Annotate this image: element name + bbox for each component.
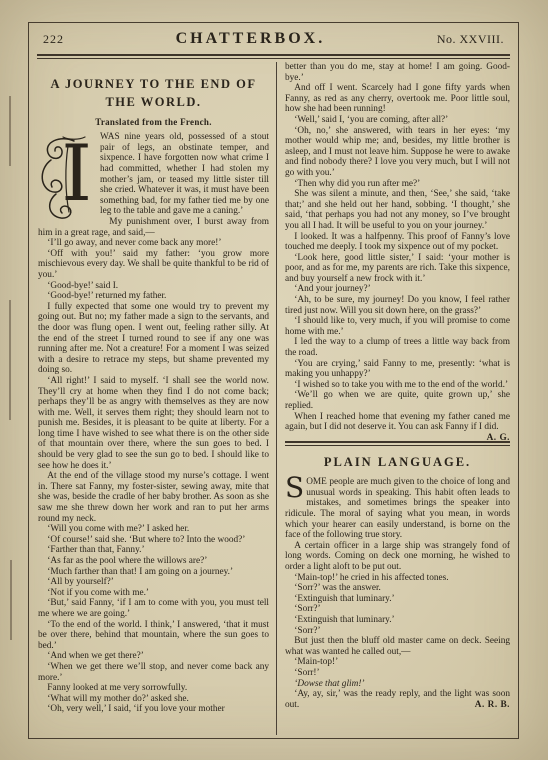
paragraph: ‘I should like to, very much, if you wil… — [285, 316, 510, 337]
paragraph: At the end of the village stood my nurse… — [38, 471, 269, 524]
paragraph: ‘To the end of the world. I think,’ I an… — [38, 620, 269, 652]
article1-text-left: IWAS nine years old, possessed of a stou… — [38, 132, 269, 715]
page-number: 222 — [43, 32, 64, 47]
paragraph: ‘We’ll go when we are quite, quite grown… — [285, 390, 510, 411]
paragraph: I led the way to a clump of trees a litt… — [285, 337, 510, 358]
scanned-page: 222 CHATTERBOX. No. XXVIII. A JOURNEY TO… — [0, 0, 548, 760]
paragraph: ‘And your journey?’ — [285, 284, 510, 295]
article2-title: PLAIN LANGUAGE. — [285, 455, 510, 470]
paragraph: ‘Oh, very well,’ I said, ‘if you love yo… — [38, 704, 269, 715]
scan-artifact — [9, 96, 11, 166]
paragraph: ‘When we get there we’ll stop, and never… — [38, 662, 269, 683]
paragraph: ‘Extinguish that luminary.’ — [285, 594, 510, 605]
publication-title: CHATTERBOX. — [64, 30, 437, 48]
drop-cap-initial: I — [38, 134, 96, 222]
paragraph: IWAS nine years old, possessed of a stou… — [38, 132, 269, 217]
paragraph: ‘As far as the pool where the willows ar… — [38, 556, 269, 567]
article1-title-line2: THE WORLD. — [105, 95, 201, 109]
paragraph: ‘Sorr?’ — [285, 604, 510, 615]
scan-artifact — [10, 560, 12, 640]
paragraph: ‘But,’ said Fanny, ‘if I am to come with… — [38, 598, 269, 619]
paragraph: ‘Ah, to be sure, my journey! Do you know… — [285, 295, 510, 316]
author-signature: A. G. — [477, 433, 510, 444]
paragraph: And off I went. Scarcely had I gone fift… — [285, 83, 510, 115]
paragraph: better than you do me, stay at home! I a… — [285, 62, 510, 83]
paragraph: ‘Farther than that, Fanny.’ — [38, 545, 269, 556]
author-signature: A. R. B. — [465, 700, 510, 711]
paragraph: ‘Ay, ay, sir,’ was the ready reply, and … — [285, 689, 510, 710]
paragraph: ‘All right!’ I said to myself. ‘I shall … — [38, 376, 269, 471]
masthead-rule — [37, 54, 510, 59]
paragraph: ‘Off with you!’ said my father: ‘you gro… — [38, 249, 269, 281]
section-divider-rule — [285, 441, 510, 447]
paragraph: ‘What will my mother do?’ asked she. — [38, 694, 269, 705]
paragraph: ‘Dowse that glim!’ — [285, 679, 510, 690]
paragraph: ‘Much farther than that! I am going on a… — [38, 567, 269, 578]
paragraph: ‘Sorr!’ — [285, 668, 510, 679]
scan-artifact — [9, 300, 11, 420]
paragraph: Fanny looked at me very sorrowfully. — [38, 683, 269, 694]
two-column-body: A JOURNEY TO THE END OFTHE WORLD. Transl… — [38, 62, 510, 735]
paragraph: ‘Look here, good little sister,’ I said:… — [285, 253, 510, 285]
paragraph: ‘Of course!’ said she. ‘But where to? In… — [38, 535, 269, 546]
paragraph: ‘All by yourself?’ — [38, 577, 269, 588]
paragraph: SOME people are much given to the choice… — [285, 477, 510, 541]
paragraph: A certain officer in a large ship was st… — [285, 541, 510, 573]
paragraph: She was silent a minute, and then, ‘See,… — [285, 189, 510, 231]
paragraph: When I reached home that evening my fath… — [285, 412, 510, 433]
paragraph: ‘And when we get there?’ — [38, 651, 269, 662]
paragraph: ‘Extinguish that luminary.’ — [285, 615, 510, 626]
article1-title: A JOURNEY TO THE END OFTHE WORLD. — [44, 75, 263, 111]
paragraph: ‘I wished so to take you with me to the … — [285, 380, 510, 391]
article2-text: SOME people are much given to the choice… — [285, 477, 510, 710]
paragraph: ‘Main-top!’ — [285, 657, 510, 668]
paragraph: ‘I’ll go away, and never come back any m… — [38, 238, 269, 249]
page-border-frame: 222 CHATTERBOX. No. XXVIII. A JOURNEY TO… — [28, 22, 519, 739]
paragraph: ‘Sorr?’ — [285, 626, 510, 637]
paragraph: ‘You are crying,’ said Fanny to me, pres… — [285, 359, 510, 380]
article1-subtitle: Translated from the French. — [38, 117, 269, 127]
paragraph: I looked. It was a halfpenny. This proof… — [285, 232, 510, 253]
paragraph: ‘Sorr?’ was the answer. — [285, 583, 510, 594]
paragraph: But just then the bluff old master came … — [285, 636, 510, 657]
paragraph: ‘Good-bye!’ returned my father. — [38, 291, 269, 302]
drop-cap-initial: S — [285, 477, 306, 501]
issue-number: No. XXVIII. — [437, 32, 504, 47]
article1-title-line1: A JOURNEY TO THE END OF — [51, 77, 257, 91]
paragraph: I fully expected that some one would try… — [38, 302, 269, 376]
left-column: A JOURNEY TO THE END OFTHE WORLD. Transl… — [38, 62, 276, 735]
paragraph: ‘Then why did you run after me?’ — [285, 179, 510, 190]
right-column: better than you do me, stay at home! I a… — [276, 62, 510, 735]
article1-text-right: better than you do me, stay at home! I a… — [285, 62, 510, 433]
paragraph: ‘Main-top!’ he cried in his affected ton… — [285, 573, 510, 584]
paragraph: ‘Oh, no,’ she answered, with tears in he… — [285, 126, 510, 179]
paragraph: ‘Will you come with me?’ I asked her. — [38, 524, 269, 535]
paragraph: ‘Good-bye!’ said I. — [38, 281, 269, 292]
paragraph: ‘Well,’ said I, ‘you are coming, after a… — [285, 115, 510, 126]
paragraph: ‘Not if you come with me.’ — [38, 588, 269, 599]
masthead: 222 CHATTERBOX. No. XXVIII. — [43, 30, 504, 48]
